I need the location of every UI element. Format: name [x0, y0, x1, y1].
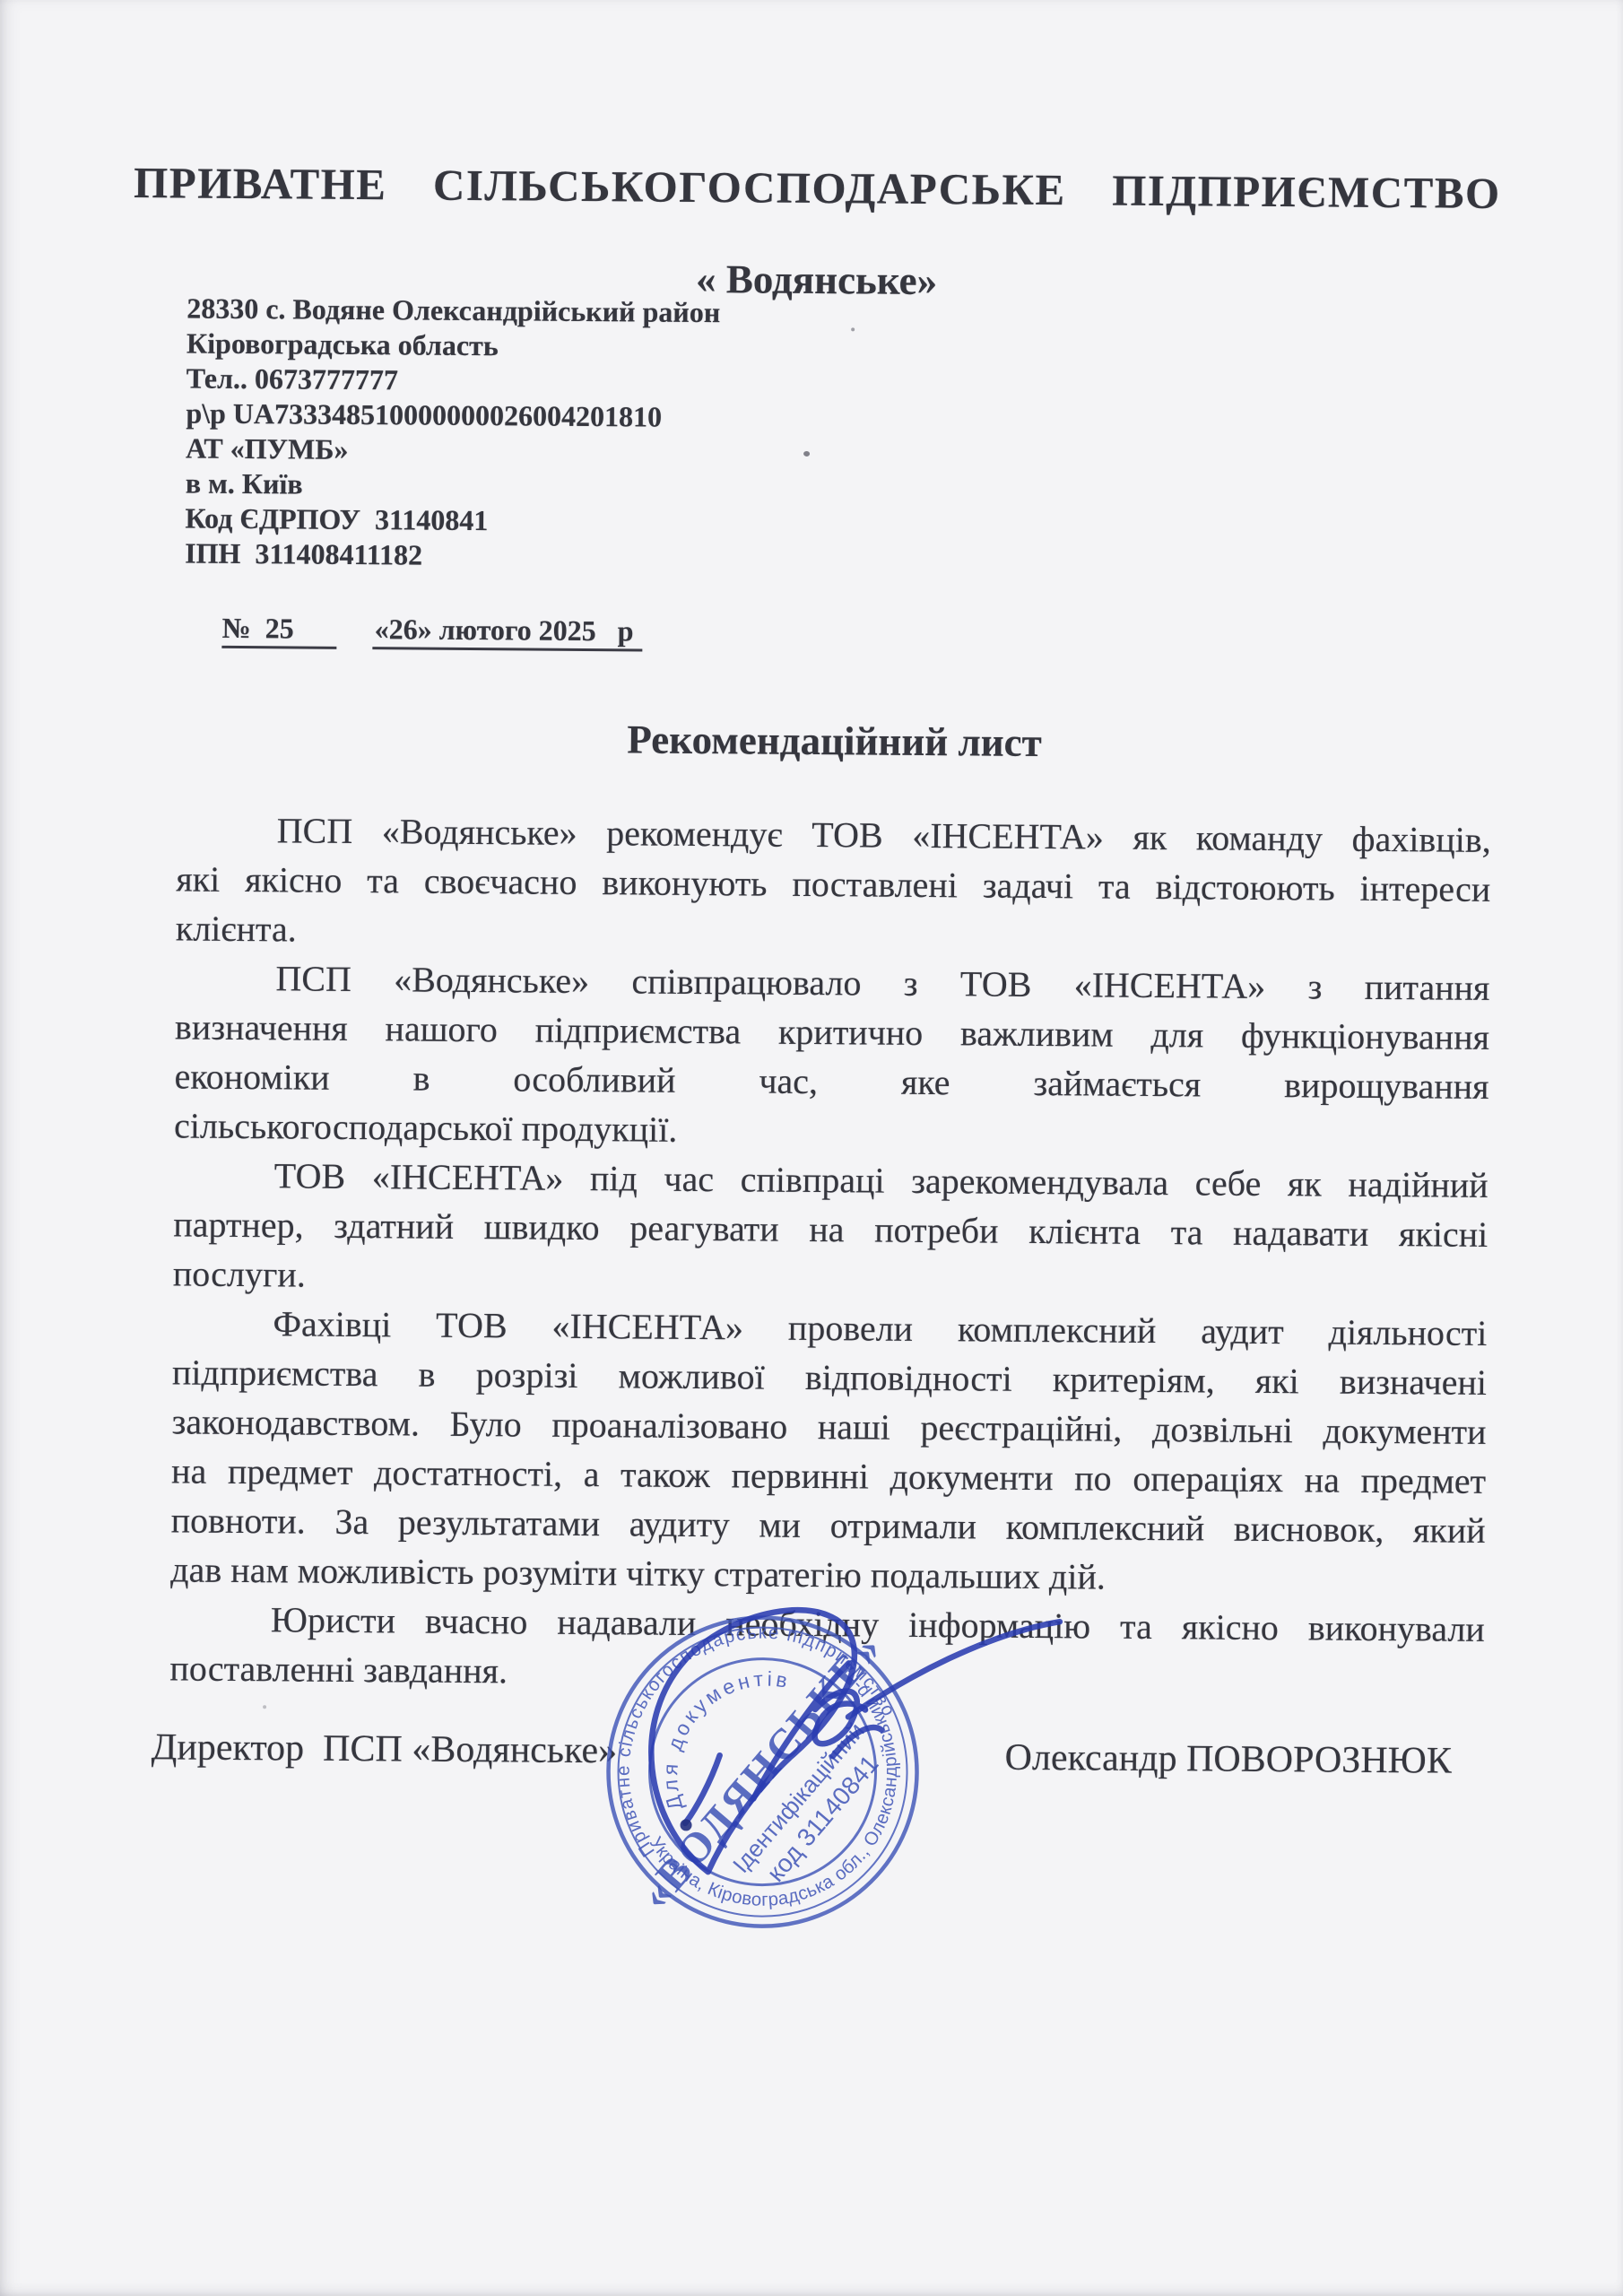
ink-blob [681, 1819, 692, 1831]
scan-speck [263, 1705, 266, 1709]
reference-line: № 25«26» лютого 2025 р [178, 573, 643, 687]
letterhead-line: АТ «ПУМБ» [186, 431, 719, 471]
letterhead-line: Кіровоградська область [187, 326, 720, 366]
letterhead-line: р\р UA733348510000000026004201810 [186, 396, 719, 436]
scanned-letter-page: ПРИВАТНЕ СІЛЬСЬКОГОСПОДАРСЬКЕ ПІДПРИЄМСТ… [0, 0, 1623, 2296]
letter-sheet: ПРИВАТНЕ СІЛЬСЬКОГОСПОДАРСЬКЕ ПІДПРИЄМСТ… [0, 0, 1623, 2296]
document-number: № 25 [221, 610, 336, 649]
scan-speck [851, 327, 855, 331]
letterhead-line: Код ЄДРПОУ 31140841 [185, 501, 718, 541]
document-date: «26» лютого 2025 р [372, 611, 642, 651]
letter-heading: Рекомендаційний лист [177, 712, 1491, 770]
letterhead-line: 28330 с. Водяне Олександрійський район [187, 291, 720, 331]
scan-speck [803, 451, 810, 457]
letterhead-line: Тел.. 0673777777 [187, 361, 720, 401]
body-line: партнер, здатний швидко реагувати на пот… [173, 1199, 1488, 1259]
company-title-line1: ПРИВАТНЕ СІЛЬСЬКОГОСПОДАРСЬКЕ ПІДПРИЄМСТ… [5, 153, 1623, 223]
company-stamp: Приватне сільськогосподарське підприємст… [491, 1500, 1124, 2043]
letterhead-block: 28330 с. Водяне Олександрійський районКі… [185, 291, 720, 576]
body-line: які якісно та своєчасно виконують постав… [176, 854, 1490, 914]
letterhead-line: ІПН 311408411182 [185, 535, 718, 575]
letterhead-line: в м. Київ [186, 466, 719, 506]
